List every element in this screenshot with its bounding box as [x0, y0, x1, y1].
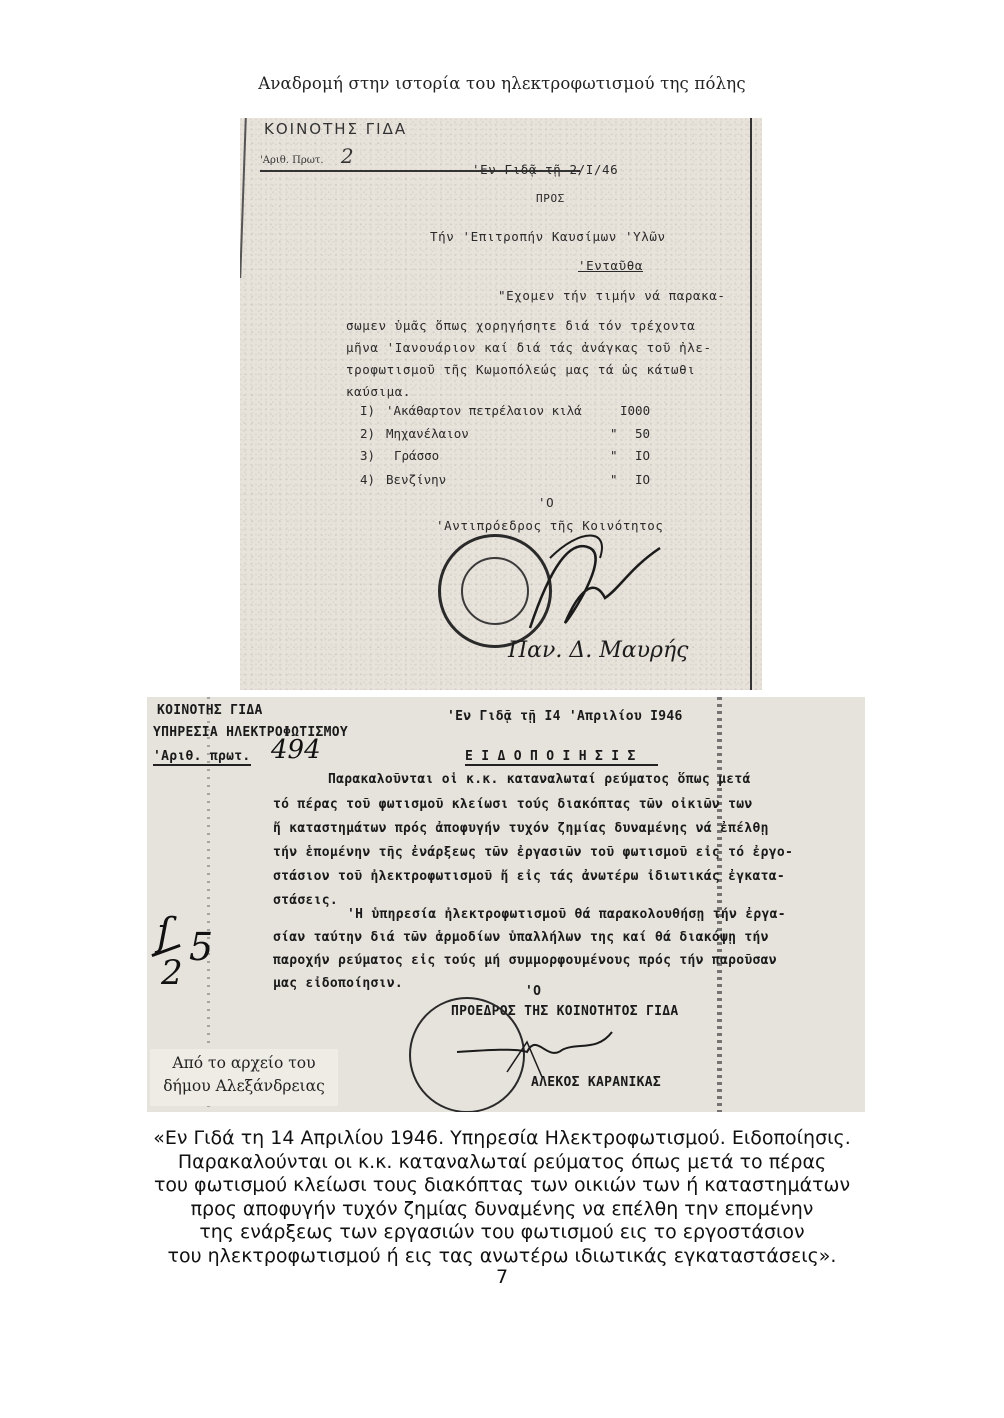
scan-edge [750, 118, 752, 690]
body-line: παροχήν ρεύματος εἰς τούς μή συμμορφουμέ… [273, 953, 777, 968]
body-line: στάσιον τοῦ ἠλεκτροφωτισμοῦ ἤ εἰς τάς ἀν… [273, 869, 785, 884]
letterhead-line: ΚΟΙΝΟΤΗΣ ΓΙΔΑ [157, 703, 263, 718]
handwritten-name: Παν. Δ. Μαυρής [508, 638, 688, 663]
archive-credit-line: Από το αρχείο του [150, 1052, 338, 1075]
location: 'Ενταῦθα [578, 258, 643, 273]
body-line: σίαν ταύτην διά τῶν ἁρμοδίων ὑπαλλήλων τ… [273, 930, 769, 945]
letterhead: ΚΟΙΝΟΤΗΣ ΓΙΔΑ [264, 120, 407, 138]
ref-number: 494 [271, 735, 321, 765]
recipient: Τήν 'Επιτροπήν Καυσίμων 'Υλῶν [430, 229, 666, 244]
caption-line: της ενάρξεως των εργασιών του φωτισμού ε… [0, 1221, 1004, 1245]
date-line: 'Εν Γιδᾷ τῇ 2/Ι/46 [472, 162, 618, 177]
scanned-notice-1946-04: ΚΟΙΝΟΤΗΣ ΓΙΔΑ ΥΠΗΡΕΣΙΑ ΗΛΕΚΤΡΟΦΩΤΙΣΜΟΥ '… [147, 697, 865, 1112]
signature-scribble [447, 1022, 617, 1082]
body-line: τό πέρας τοῦ φωτισμοῦ κλείωσι τούς διακό… [273, 797, 752, 812]
signatory-name: ΑΛΕΚΟΣ ΚΑΡΑΝΙΚΑΣ [531, 1075, 661, 1090]
fold-line [717, 697, 722, 1112]
margin-note: 2 [161, 953, 183, 993]
caption-line: του φωτισμού κλείωσι τους διακόπτας των … [0, 1174, 1004, 1198]
margin-note: 5 [189, 925, 213, 969]
body-line: μῆνα 'Ιανουάριον καί διά τάς ἀνάγκας τοῦ… [346, 340, 712, 355]
body-line: τροφωτισμοῦ τῆς Κωμοπόλεώς μας τά ὡς κάτ… [346, 362, 695, 377]
body-line: "Εχομεν τήν τιμήν νά παρακα- [498, 288, 726, 303]
closing-mark: 'Ο [525, 984, 541, 999]
body-line: μας εἰδοποίησιν. [273, 976, 403, 991]
to-label: ΠΡΟΣ [536, 192, 565, 205]
caption-line: Παρακαλούνται οι κ.κ. καταναλωταί ρεύματ… [0, 1151, 1004, 1175]
scan-edge [240, 118, 247, 278]
body-line: 'Η ὑπηρεσία ἠλεκτροφωτισμοῦ θά παρακολου… [347, 907, 786, 922]
ref-label: 'Αριθ. πρωτ. [153, 749, 251, 766]
date-line: 'Εν Γιδᾷ τῇ Ι4 'Απριλίου Ι946 [447, 709, 683, 724]
body-line: τήν ἑπομένην τῆς ἐνάρξεως τῶν ἐργασιῶν τ… [273, 845, 793, 860]
body-line: ἤ καταστημάτων πρός ἀποφυγήν τυχόν ζημία… [273, 821, 769, 836]
archive-credit-line: δήμου Αλεξάνδρειας [150, 1075, 338, 1098]
caption-line: προς αποφυγήν τυχόν ζημίας δυναμένης να … [0, 1198, 1004, 1222]
page-number: 7 [0, 1266, 1004, 1288]
ref-label: 'Αριθ. Πρωτ. [260, 155, 324, 166]
body-line: στάσεις. [273, 893, 338, 908]
figure-caption: «Εν Γιδά τη 14 Απριλίου 1946. Υπηρεσία Η… [0, 1127, 1004, 1268]
closing-mark: 'Ο [538, 495, 554, 510]
caption-line: του ηλεκτροφωτισμού ή εις τας ανωτέρω ιδ… [0, 1245, 1004, 1269]
body-line: Παρακαλοῦνται οἱ κ.κ. καταναλωταί ρεύματ… [328, 772, 751, 787]
archive-credit: Από το αρχείο του δήμου Αλεξάνδρειας [150, 1049, 338, 1106]
caption-line: «Εν Γιδά τη 14 Απριλίου 1946. Υπηρεσία Η… [0, 1127, 1004, 1151]
signature-scribble [510, 528, 670, 638]
notice-title: Ε Ι Δ Ο Π Ο Ι Η Σ Ι Σ [465, 749, 658, 766]
body-line: σωμεν ὑμᾶς ὅπως χορηγήσητε διά τόν τρέχο… [346, 318, 695, 333]
scanned-letter-1946-01: ΚΟΙΝΟΤΗΣ ΓΙΔΑ 'Αριθ. Πρωτ. 2 'Εν Γιδᾷ τῇ… [240, 118, 762, 690]
ref-number: 2 [341, 144, 354, 168]
body-line: καύσιμα. [346, 384, 411, 399]
running-head: Αναδρομή στην ιστορία του ηλεκτροφωτισμο… [0, 74, 1004, 93]
